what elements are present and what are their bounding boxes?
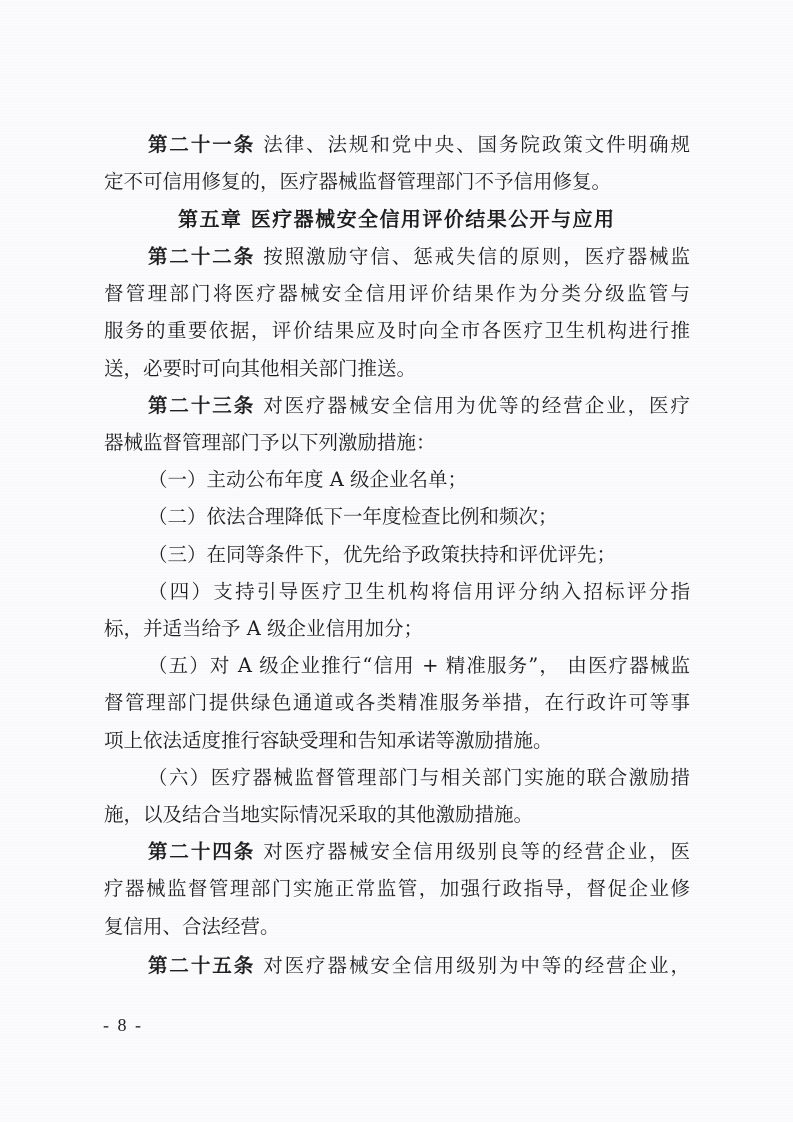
article-25-label: 第二十五条	[148, 954, 255, 977]
item-3: （三）在同等条件下，优先给予政策扶持和评优评先；	[148, 540, 690, 570]
article-23-line-2: 器械监督管理部门予以下列激励措施：	[104, 428, 690, 458]
document-page: 第二十一条法律、法规和党中央、国务院政策文件明确规 定不可信用修复的，医疗器械监…	[0, 0, 793, 1122]
article-23-line-1: 第二十三条对医疗器械安全信用为优等的经营企业，医疗	[148, 391, 690, 421]
chapter-heading: 第五章 医疗器械安全信用评价结果公开与应用	[178, 204, 614, 234]
article-22-label: 第二十二条	[148, 245, 255, 268]
article-23-text-1: 对医疗器械安全信用为优等的经营企业，医疗	[263, 394, 690, 417]
article-23-label: 第二十三条	[148, 394, 255, 417]
page-number: - 8 -	[103, 1012, 141, 1038]
article-22-line-2: 督管理部门将医疗器械安全信用评价结果作为分类分级监管与	[104, 279, 690, 309]
item-1: （一）主动公布年度 A 级企业名单；	[148, 465, 690, 495]
article-22-line-1: 第二十二条按照激励守信、惩戒失信的原则，医疗器械监	[148, 242, 690, 272]
item-6-line-1: （六）医疗器械监督管理部门与相关部门实施的联合激励措	[148, 763, 690, 793]
article-24-label: 第二十四条	[148, 840, 255, 863]
item-5-line-2: 督管理部门提供绿色通道或各类精准服务举措，在行政许可等事	[104, 688, 690, 718]
article-24-line-1: 第二十四条对医疗器械安全信用级别良等的经营企业，医	[148, 837, 690, 867]
article-24-line-2: 疗器械监督管理部门实施正常监管，加强行政指导，督促企业修	[104, 874, 690, 904]
item-4-line-1: （四）支持引导医疗卫生机构将信用评分纳入招标评分指	[148, 577, 690, 607]
article-25-text-1: 对医疗器械安全信用级别为中等的经营企业，	[263, 954, 690, 977]
article-25-line-1: 第二十五条对医疗器械安全信用级别为中等的经营企业，	[148, 951, 690, 981]
article-24-text-1: 对医疗器械安全信用级别良等的经营企业，医	[263, 840, 690, 863]
article-21-line-2: 定不可信用修复的，医疗器械监督管理部门不予信用修复。	[104, 167, 690, 197]
article-22-line-4: 送，必要时可向其他相关部门推送。	[104, 354, 690, 384]
item-4-line-2: 标，并适当给予 A 级企业信用加分；	[104, 614, 690, 644]
article-21-label: 第二十一条	[148, 133, 255, 156]
article-21-line-1: 第二十一条法律、法规和党中央、国务院政策文件明确规	[148, 130, 690, 160]
item-5-line-1: （五）对 A 级企业推行“信用 + 精准服务”， 由医疗器械监	[148, 651, 690, 681]
article-22-line-3: 服务的重要依据，评价结果应及时向全市各医疗卫生机构进行推	[104, 316, 690, 346]
item-2: （二）依法合理降低下一年度检查比例和频次；	[148, 502, 690, 532]
item-5-line-3: 项上依法适度推行容缺受理和告知承诺等激励措施。	[104, 726, 690, 756]
article-22-text-1: 按照激励守信、惩戒失信的原则，医疗器械监	[263, 245, 690, 268]
item-6-line-2: 施，以及结合当地实际情况采取的其他激励措施。	[104, 800, 690, 830]
article-21-text-1: 法律、法规和党中央、国务院政策文件明确规	[263, 133, 690, 156]
article-24-line-3: 复信用、合法经营。	[104, 912, 690, 942]
